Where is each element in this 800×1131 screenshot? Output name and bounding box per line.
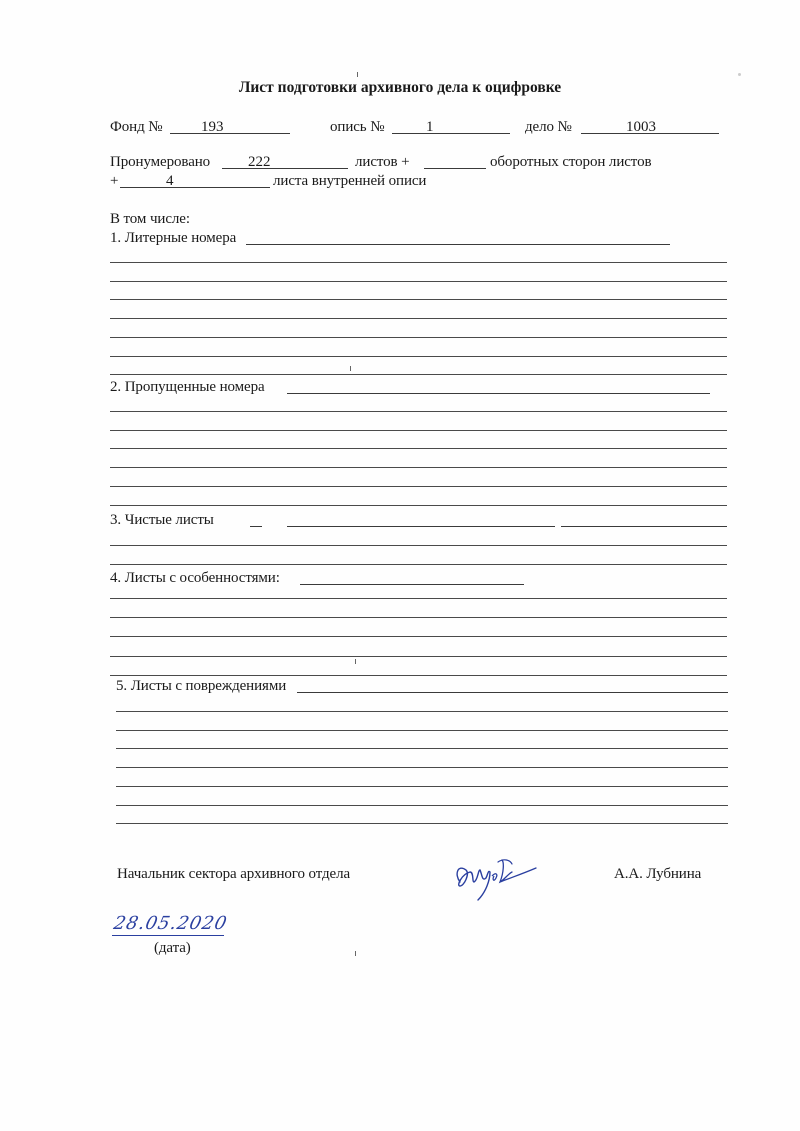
- section-writing-line[interactable]: [110, 545, 727, 546]
- including-label: В том числе:: [110, 210, 190, 228]
- section-writing-line[interactable]: [110, 448, 727, 449]
- section-header-underline: [561, 526, 727, 527]
- section-header-underline: [246, 244, 670, 245]
- date-value[interactable]: 28.05.2020: [112, 913, 230, 934]
- section-writing-line[interactable]: [110, 467, 727, 468]
- scan-mark: [350, 366, 351, 371]
- scan-mark: [355, 951, 356, 956]
- section-writing-line[interactable]: [110, 636, 727, 637]
- opis-label: опись №: [330, 118, 384, 136]
- section-writing-line[interactable]: [110, 430, 727, 431]
- fond-underline: [170, 133, 290, 134]
- section-header-underline: [287, 393, 710, 394]
- section-writing-line[interactable]: [110, 411, 727, 412]
- signatory-name: А.А. Лубнина: [614, 865, 701, 883]
- sheets-value[interactable]: 222: [248, 153, 271, 171]
- section-label: 1. Литерные номера: [110, 229, 236, 247]
- section-header-underline: [250, 526, 262, 527]
- section-writing-line[interactable]: [110, 617, 727, 618]
- section-writing-line[interactable]: [116, 786, 728, 787]
- section-writing-line[interactable]: [116, 711, 728, 712]
- date-caption: (дата): [154, 939, 191, 957]
- section-writing-line[interactable]: [110, 318, 727, 319]
- sheets-underline: [222, 168, 348, 169]
- opis-value[interactable]: 1: [426, 118, 434, 136]
- section-writing-line[interactable]: [110, 356, 727, 357]
- date-underline: [112, 935, 224, 936]
- reverse-label: оборотных сторон листов: [490, 153, 651, 171]
- section-writing-line[interactable]: [110, 564, 727, 565]
- scan-mark: [355, 659, 356, 664]
- document-title: Лист подготовки архивного дела к оцифров…: [0, 78, 800, 98]
- section-header-underline: [297, 692, 728, 693]
- section-writing-line[interactable]: [110, 656, 727, 657]
- handwritten-signature: [452, 852, 552, 908]
- section-writing-line[interactable]: [116, 748, 728, 749]
- section-header-underline: [300, 584, 524, 585]
- inner-underline: [120, 187, 270, 188]
- archive-digitization-sheet: Лист подготовки архивного дела к оцифров…: [0, 0, 800, 1131]
- signatory-position: Начальник сектора архивного отдела: [117, 865, 350, 883]
- section-writing-line[interactable]: [116, 823, 728, 824]
- section-writing-line[interactable]: [110, 598, 727, 599]
- section-writing-line[interactable]: [110, 374, 727, 375]
- section-label: 3. Чистые листы: [110, 511, 214, 529]
- fond-value[interactable]: 193: [201, 118, 224, 136]
- section-writing-line[interactable]: [110, 486, 727, 487]
- delo-label: дело №: [525, 118, 572, 136]
- opis-underline: [392, 133, 510, 134]
- plus-sign: +: [110, 172, 118, 190]
- section-writing-line[interactable]: [116, 767, 728, 768]
- section-writing-line[interactable]: [110, 262, 727, 263]
- section-label: 4. Листы с особенностями:: [110, 569, 280, 587]
- inner-value[interactable]: 4: [166, 172, 174, 190]
- delo-value[interactable]: 1003: [626, 118, 656, 136]
- numbered-label: Пронумеровано: [110, 153, 210, 171]
- scan-mark: [357, 72, 358, 77]
- fond-label: Фонд №: [110, 118, 162, 136]
- section-writing-line[interactable]: [110, 337, 727, 338]
- reverse-underline: [424, 168, 486, 169]
- section-writing-line[interactable]: [110, 505, 727, 506]
- section-writing-line[interactable]: [116, 730, 728, 731]
- sheets-label: листов +: [355, 153, 410, 171]
- scan-dot: [738, 73, 741, 76]
- section-label: 2. Пропущенные номера: [110, 378, 265, 396]
- section-writing-line[interactable]: [110, 299, 727, 300]
- section-header-underline: [287, 526, 555, 527]
- section-writing-line[interactable]: [110, 675, 727, 676]
- section-label: 5. Листы с повреждениями: [116, 677, 286, 695]
- section-writing-line[interactable]: [110, 281, 727, 282]
- inner-label: листа внутренней описи: [273, 172, 426, 190]
- section-writing-line[interactable]: [116, 805, 728, 806]
